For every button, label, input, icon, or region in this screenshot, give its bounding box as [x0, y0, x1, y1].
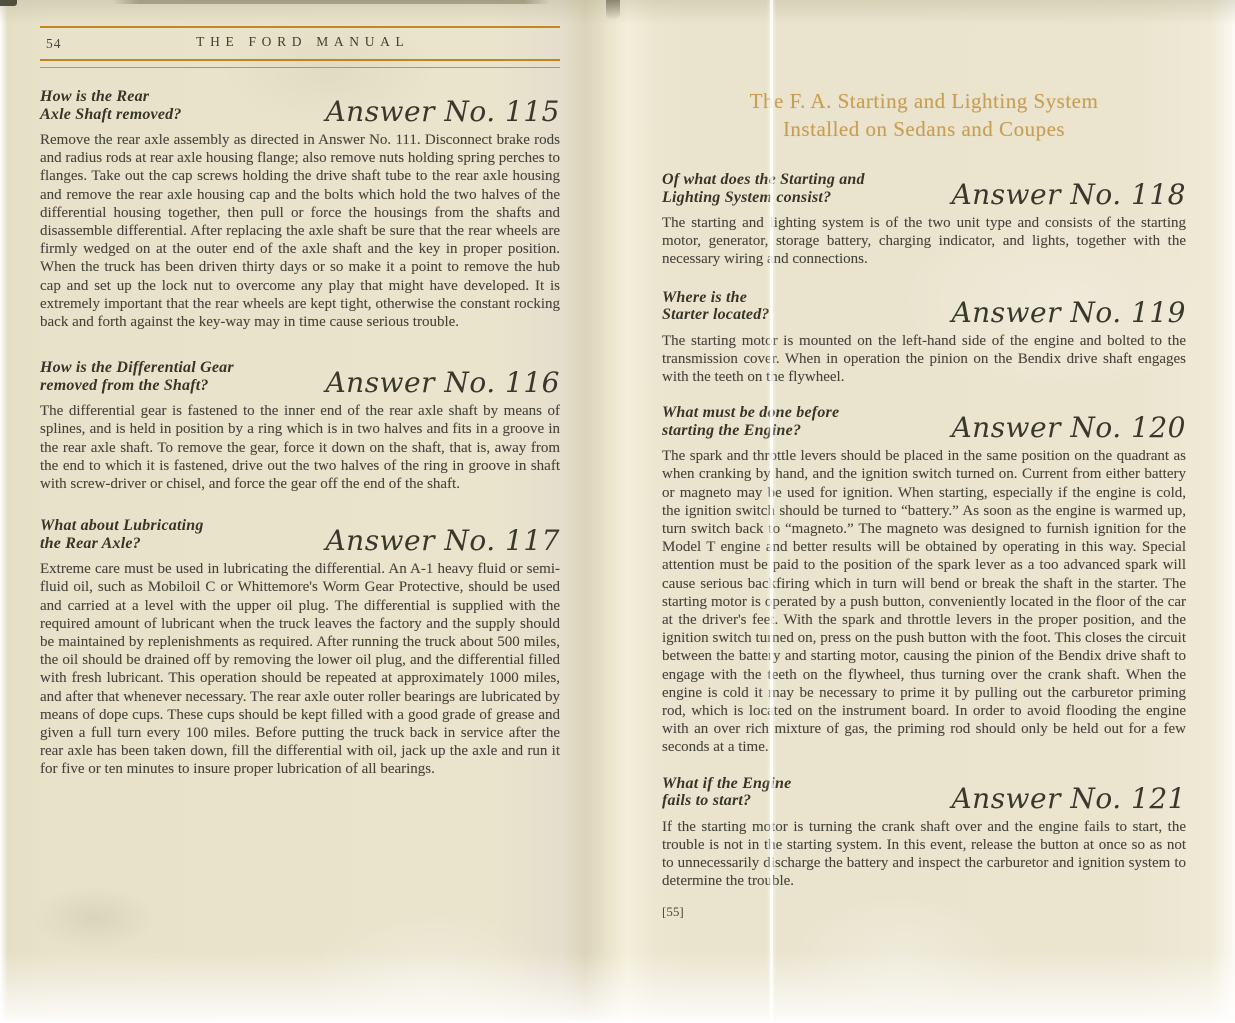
question-text: What about Lubricating the Rear Axle? — [40, 517, 204, 552]
left-page: 54 THE FORD MANUAL How is the Rear Axle … — [40, 26, 560, 779]
qa-section-121: What if the Engine fails to start? Answe… — [662, 775, 1186, 891]
qa-heading: What if the Engine fails to start? Answe… — [662, 775, 1186, 810]
footer-page-number: [55] — [662, 904, 1186, 920]
question-line-1: What about Lubricating — [40, 517, 204, 534]
qa-section-118: Of what does the Starting and Lighting S… — [662, 171, 1186, 269]
question-line-2: fails to start? — [662, 792, 751, 809]
right-page: The F. A. Starting and Lighting System I… — [662, 88, 1186, 920]
qa-section-120: What must be done before starting the En… — [662, 404, 1186, 756]
answer-label: Answer No. 116 — [325, 368, 560, 398]
gutter-shadow — [606, 0, 620, 20]
answer-body: The differential gear is fastened to the… — [40, 402, 560, 493]
answer-label: Answer No. 120 — [951, 413, 1186, 443]
answer-label: Answer No. 118 — [951, 180, 1186, 210]
question-line-1: Of what does the Starting and — [662, 171, 865, 188]
scan-corner-mark — [0, 0, 17, 6]
answer-body: Remove the rear axle assembly as directe… — [40, 131, 560, 331]
question-line-2: the Rear Axle? — [40, 535, 141, 552]
chapter-title-line-2: Installed on Sedans and Coupes — [783, 117, 1065, 141]
question-line-1: How is the Rear — [40, 88, 149, 105]
qa-heading: What must be done before starting the En… — [662, 404, 1186, 439]
header-rule-double — [40, 59, 560, 68]
question-line-2: Lighting System consist? — [662, 189, 831, 206]
running-title: THE FORD MANUAL — [40, 34, 560, 50]
answer-body: If the starting motor is turning the cra… — [662, 818, 1186, 891]
question-text: How is the Differential Gear removed fro… — [40, 359, 234, 394]
qa-heading: How is the Rear Axle Shaft removed? Answ… — [40, 88, 560, 123]
answer-label: Answer No. 115 — [325, 97, 560, 127]
answer-label: Answer No. 117 — [325, 526, 560, 556]
question-line-1: Where is the — [662, 289, 747, 306]
question-line-2: removed from the Shaft? — [40, 377, 209, 394]
chapter-title: The F. A. Starting and Lighting System I… — [662, 88, 1186, 143]
question-text: What must be done before starting the En… — [662, 404, 839, 439]
answer-body: The starting and lighting system is of t… — [662, 214, 1186, 269]
page-header: 54 THE FORD MANUAL — [40, 34, 560, 53]
question-line-2: starting the Engine? — [662, 422, 801, 439]
qa-heading: What about Lubricating the Rear Axle? An… — [40, 517, 560, 552]
question-text: How is the Rear Axle Shaft removed? — [40, 88, 182, 123]
chapter-title-line-1: The F. A. Starting and Lighting System — [750, 89, 1099, 113]
scan-top-edge-mark — [112, 0, 550, 4]
header-rule-top — [40, 26, 560, 28]
question-line-1: What must be done before — [662, 404, 839, 421]
question-line-1: How is the Differential Gear — [40, 359, 234, 376]
qa-section-119: Where is the Starter located? Answer No.… — [662, 289, 1186, 387]
question-text: Of what does the Starting and Lighting S… — [662, 171, 865, 206]
qa-heading: Of what does the Starting and Lighting S… — [662, 171, 1186, 206]
question-text: Where is the Starter located? — [662, 289, 770, 324]
qa-section-115: How is the Rear Axle Shaft removed? Answ… — [40, 88, 560, 331]
answer-body: The spark and throttle levers should be … — [662, 447, 1186, 756]
page-number: 54 — [46, 36, 62, 52]
qa-section-117: What about Lubricating the Rear Axle? An… — [40, 517, 560, 778]
answer-body: Extreme care must be used in lubricating… — [40, 560, 560, 778]
question-line-2: Axle Shaft removed? — [40, 106, 182, 123]
answer-label: Answer No. 119 — [951, 298, 1186, 328]
answer-label: Answer No. 121 — [951, 784, 1186, 814]
qa-heading: Where is the Starter located? Answer No.… — [662, 289, 1186, 324]
qa-section-116: How is the Differential Gear removed fro… — [40, 359, 560, 493]
answer-body: The starting motor is mounted on the lef… — [662, 332, 1186, 387]
question-line-2: Starter located? — [662, 306, 770, 323]
fold-highlight-line — [770, 0, 773, 1023]
qa-heading: How is the Differential Gear removed fro… — [40, 359, 560, 394]
